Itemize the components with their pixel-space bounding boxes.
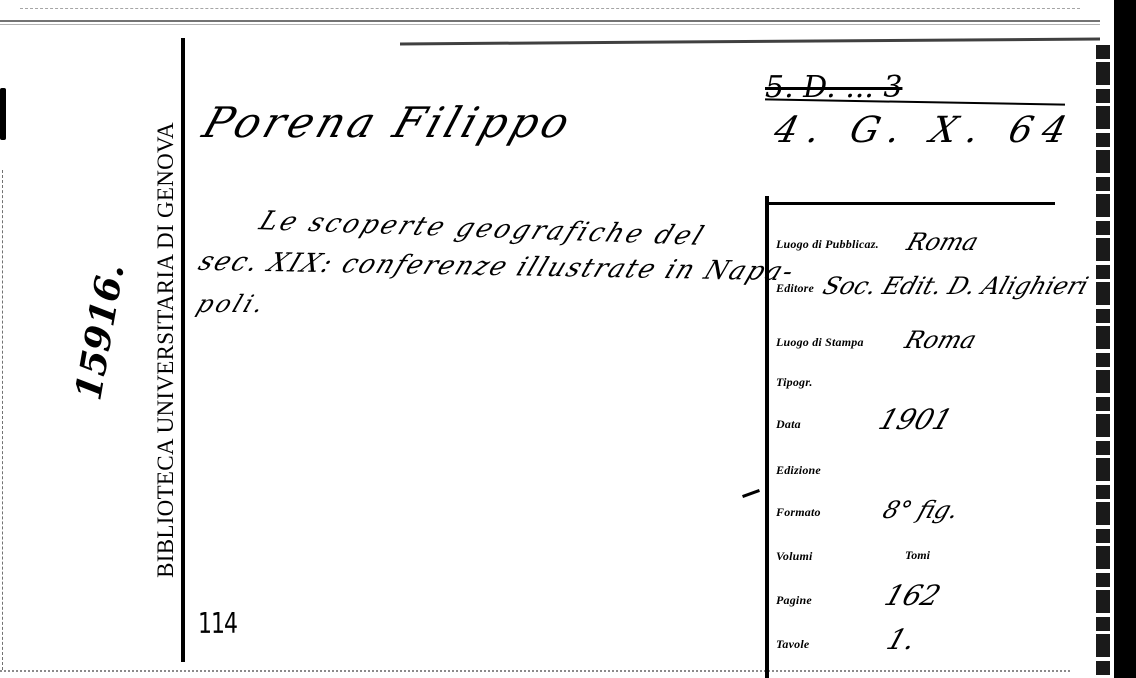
title-line: Le scoperte geografiche del [255, 206, 711, 252]
field-label: Pagine [776, 593, 812, 608]
field-tavole: Tavole 1. [776, 626, 1076, 656]
field-label: Formato [776, 505, 821, 520]
adjacent-card-edge [1096, 45, 1110, 678]
field-label: Tavole [776, 637, 809, 652]
field-label: Data [776, 417, 801, 432]
scan-edge-dots [20, 8, 1080, 9]
field-value: Soc. Edit. D. Alighieri [819, 272, 1091, 300]
field-value: 162 [881, 579, 945, 612]
field-label: Luogo di Stampa [776, 335, 864, 350]
author-name: Porena Filippo [197, 98, 580, 147]
field-pagine: Pagine 162 [776, 582, 1076, 612]
library-name: BIBLIOTECA UNIVERSITARIA DI GENOVA [151, 50, 181, 650]
field-formato: Formato 8° fig. [776, 494, 1076, 524]
field-label-tomi: Tomi [905, 548, 930, 563]
scan-mark-left [0, 88, 6, 140]
title-line: sec. XIX: conferenze illustrate in Napa- [194, 247, 800, 287]
field-value: 1901 [875, 403, 957, 436]
field-label: Editore [776, 281, 814, 296]
field-value: Roma [901, 326, 980, 354]
field-label: Luogo di Pubblicaz. [776, 237, 879, 252]
inventory-number: 15916. [66, 259, 134, 405]
pen-stroke [742, 489, 760, 498]
metadata-box-left [765, 196, 769, 678]
header-divider [181, 38, 185, 662]
field-label: Tipogr. [776, 375, 813, 390]
scan-edge-left [2, 170, 4, 670]
field-luogo-stampa: Luogo di Stampa Roma [776, 324, 1076, 354]
field-label: Edizione [776, 463, 821, 478]
metadata-box-top [765, 202, 1055, 205]
field-tipografia: Tipogr. [776, 364, 1076, 394]
field-edizione: Edizione [776, 452, 1076, 482]
field-value: 8° fig. [879, 496, 962, 524]
shelfmark: 4. G. X. 64 [770, 110, 1081, 151]
field-data: Data 1901 [776, 406, 1076, 436]
pencil-note: 114 [198, 608, 237, 641]
scan-border-right [1114, 0, 1136, 678]
scan-edge-rule [0, 20, 1100, 22]
card-top-edge [400, 38, 1100, 46]
field-value: Roma [903, 228, 982, 256]
scan-edge-bottom [0, 670, 1070, 672]
field-editore: Editore Soc. Edit. D. Alighieri [776, 270, 1076, 300]
title-line: poli. [193, 290, 271, 318]
field-luogo-pubblicazione: Luogo di Pubblicaz. Roma [776, 226, 1076, 256]
field-value: 1. [883, 623, 920, 656]
field-label: Volumi [776, 549, 813, 564]
scan-edge-rule [0, 24, 1100, 25]
